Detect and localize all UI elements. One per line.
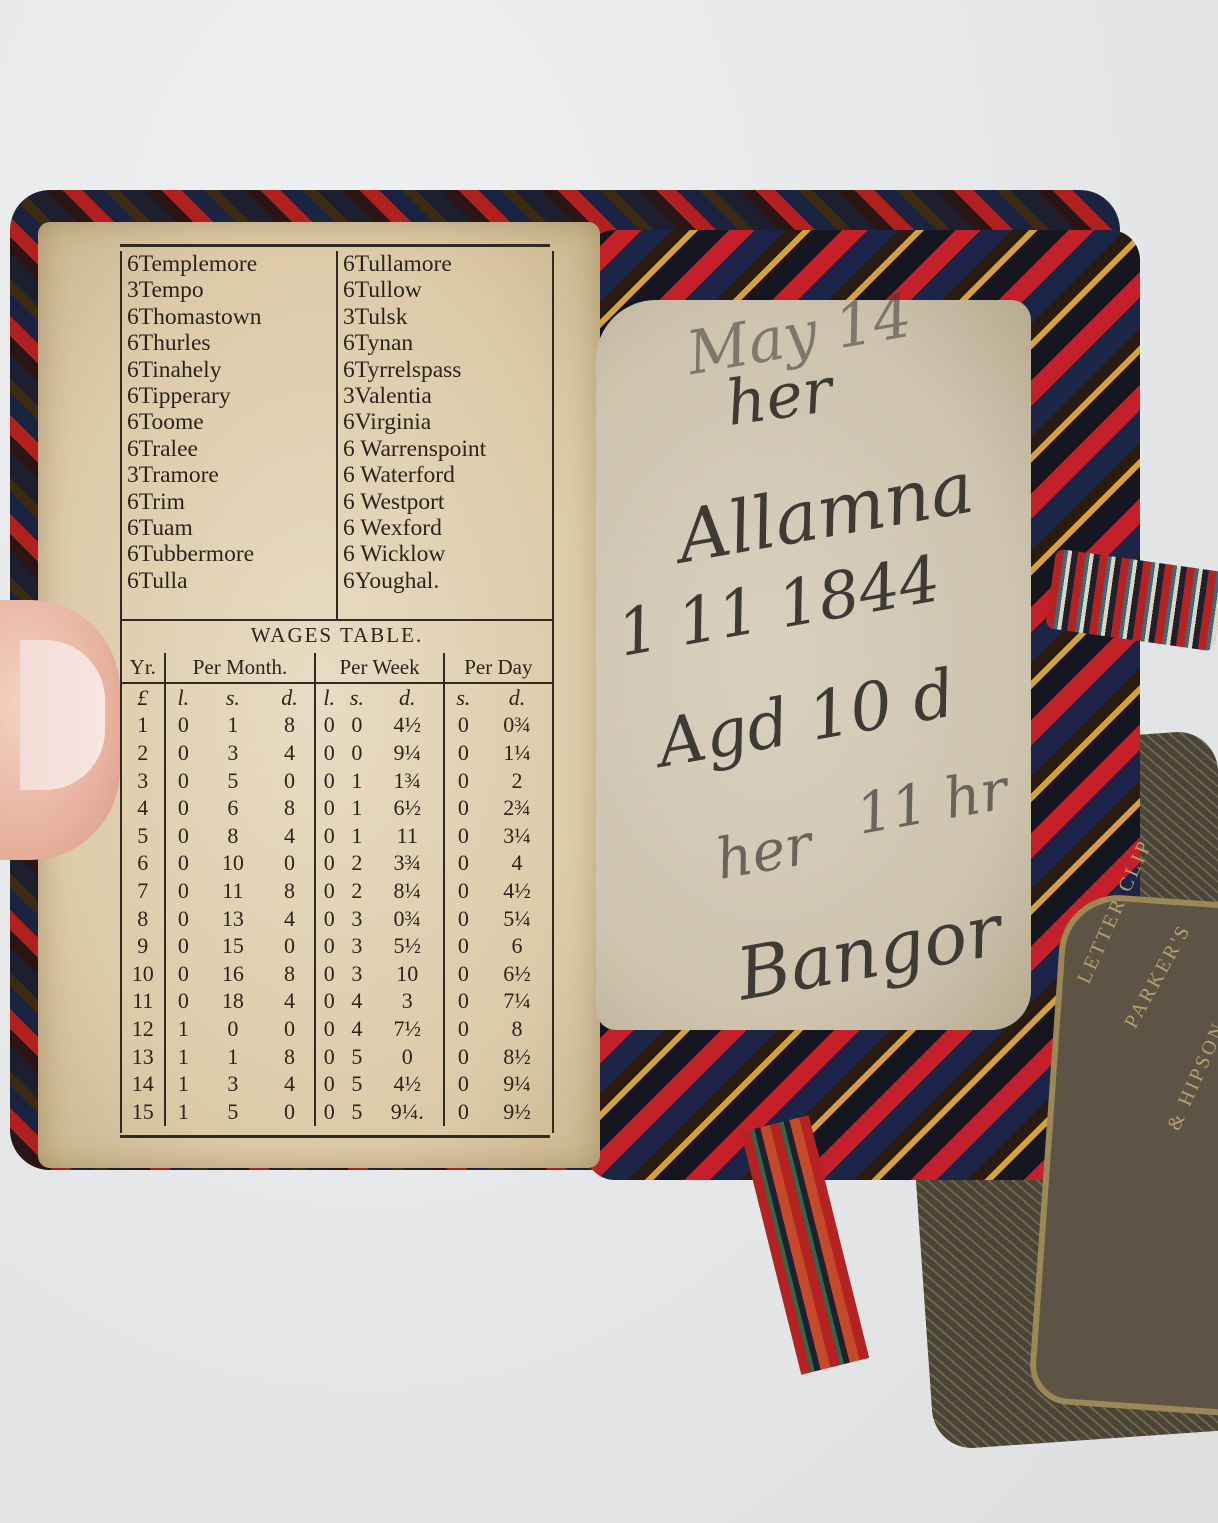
unit-pound: £ bbox=[122, 683, 165, 712]
wages-cell: 1 bbox=[165, 1070, 202, 1098]
unit-d: d. bbox=[482, 683, 552, 712]
wages-cell: 11 bbox=[201, 877, 265, 905]
town-entry: 6Virginia bbox=[343, 409, 552, 435]
wages-cell: 0 bbox=[444, 988, 482, 1016]
wages-cell: 1 bbox=[342, 794, 372, 822]
wages-cell: 8¼ bbox=[372, 877, 444, 905]
wages-cell: 0 bbox=[444, 767, 482, 795]
wages-cell: 3 bbox=[201, 739, 265, 767]
town-entry: 6 Wexford bbox=[343, 515, 552, 541]
town-entry: 6Toome bbox=[127, 409, 336, 435]
wages-cell: 0 bbox=[315, 988, 342, 1016]
wages-cell: 0 bbox=[315, 767, 342, 795]
wages-cell: 0 bbox=[444, 794, 482, 822]
wages-cell: 1 bbox=[201, 712, 265, 740]
wages-cell: 0 bbox=[444, 960, 482, 988]
unit-s: s. bbox=[342, 683, 372, 712]
wages-row: 3050011¾02 bbox=[122, 767, 552, 795]
wages-cell: 8 bbox=[122, 905, 165, 933]
wages-cell: 8 bbox=[482, 1015, 552, 1043]
wages-cell: 7 bbox=[122, 877, 165, 905]
wages-cell: 1 bbox=[122, 712, 165, 740]
wages-cell: 10 bbox=[122, 960, 165, 988]
town-entry: 6Tuam bbox=[127, 515, 336, 541]
unit-l: l. bbox=[165, 683, 202, 712]
wages-cell: 8 bbox=[201, 822, 265, 850]
town-entry: 3Valentia bbox=[343, 383, 552, 409]
wages-row: 4068016½02¾ bbox=[122, 794, 552, 822]
wages-cell: 10 bbox=[201, 850, 265, 878]
town-entry: 6Thomastown bbox=[127, 304, 336, 330]
wages-cell: 0 bbox=[444, 1070, 482, 1098]
wages-cell: 0 bbox=[372, 1043, 444, 1071]
wages-cell: 0 bbox=[165, 877, 202, 905]
wages-cell: 5¼ bbox=[482, 905, 552, 933]
wages-cell: 4½ bbox=[482, 877, 552, 905]
town-entry: 3Tempo bbox=[127, 277, 336, 303]
header-per-month: Per Month. bbox=[165, 653, 316, 683]
wages-cell: 0 bbox=[265, 932, 316, 960]
wages-cell: 0 bbox=[444, 1015, 482, 1043]
town-entry: 6Tullow bbox=[343, 277, 552, 303]
wages-row: 14134054½09¼ bbox=[122, 1070, 552, 1098]
town-entry: 6Tralee bbox=[127, 436, 336, 462]
wages-cell: 0 bbox=[315, 1015, 342, 1043]
wages-cell: 9¼. bbox=[372, 1098, 444, 1126]
town-entry: 6Trim bbox=[127, 489, 336, 515]
town-entry: 6 Waterford bbox=[343, 462, 552, 488]
wages-cell: 8 bbox=[265, 794, 316, 822]
wages-cell: 0 bbox=[315, 877, 342, 905]
town-entry: 6Templemore bbox=[127, 251, 336, 277]
wages-cell: 14 bbox=[122, 1070, 165, 1098]
town-entry: 6 Westport bbox=[343, 489, 552, 515]
wages-cell: 8 bbox=[265, 712, 316, 740]
wages-cell: 5 bbox=[342, 1043, 372, 1071]
wages-cell: 4½ bbox=[372, 1070, 444, 1098]
wages-cell: 8 bbox=[265, 960, 316, 988]
wages-cell: 0 bbox=[165, 739, 202, 767]
wages-cell: 0 bbox=[165, 822, 202, 850]
wages-cell: 0 bbox=[165, 850, 202, 878]
clip-inscription: PARKER'S bbox=[1120, 920, 1196, 1032]
wages-cell: 0 bbox=[315, 1070, 342, 1098]
wages-cell: 2 bbox=[342, 877, 372, 905]
wages-cell: 0 bbox=[315, 932, 342, 960]
town-entry: 6Tipperary bbox=[127, 383, 336, 409]
header-per-day: Per Day bbox=[444, 653, 552, 683]
unit-d: d. bbox=[265, 683, 316, 712]
page-table-frame: 6Templemore 3Tempo 6Thomastown 6Thurles … bbox=[120, 244, 550, 1138]
town-entry: 3Tramore bbox=[127, 462, 336, 488]
wages-row: 15150059¼.09½ bbox=[122, 1098, 552, 1126]
wages-cell: 15 bbox=[122, 1098, 165, 1126]
unit-d: d. bbox=[372, 683, 444, 712]
town-entry: 6Youghal. bbox=[343, 568, 552, 594]
wages-cell: 6½ bbox=[372, 794, 444, 822]
wages-table: Yr. Per Month. Per Week Per Day £ l. s. … bbox=[120, 653, 554, 1133]
handwritten-line: Agd 10 d bbox=[652, 655, 961, 783]
unit-l: l. bbox=[315, 683, 342, 712]
wages-cell: 0 bbox=[265, 1098, 316, 1126]
wages-cell: 9 bbox=[122, 932, 165, 960]
wages-cell: 3 bbox=[342, 960, 372, 988]
town-entry: 6Tubbermore bbox=[127, 541, 336, 567]
handwritten-page: May 14 her Allamna 1 11 1844 Agd 10 d 11… bbox=[596, 300, 1031, 1030]
wages-cell: 6 bbox=[122, 850, 165, 878]
wages-row: 100168031006½ bbox=[122, 960, 552, 988]
wages-cell: 6 bbox=[201, 794, 265, 822]
wages-cell: 0 bbox=[165, 767, 202, 795]
wages-cell: 13 bbox=[122, 1043, 165, 1071]
wages-cell: 0 bbox=[165, 712, 202, 740]
town-list-right-column: 6Tullamore 6Tullow 3Tulsk 6Tynan 6Tyrrel… bbox=[336, 251, 552, 619]
wages-cell: 9¼ bbox=[372, 739, 444, 767]
wages-row: 80134030¾05¼ bbox=[122, 905, 552, 933]
wages-cell: 0¾ bbox=[372, 905, 444, 933]
wages-cell: 2 bbox=[342, 850, 372, 878]
wages-table-title: WAGES TABLE. bbox=[120, 619, 554, 655]
wages-cell: 5½ bbox=[372, 932, 444, 960]
wages-cell: 11 bbox=[122, 988, 165, 1016]
town-entry: 6Tinahely bbox=[127, 357, 336, 383]
wages-cell: 1 bbox=[165, 1015, 202, 1043]
town-entry: 3Tulsk bbox=[343, 304, 552, 330]
wages-cell: 3 bbox=[342, 932, 372, 960]
wages-cell: 0 bbox=[315, 960, 342, 988]
wages-cell: 5 bbox=[201, 767, 265, 795]
wages-cell: 0 bbox=[444, 739, 482, 767]
header-per-week: Per Week bbox=[315, 653, 443, 683]
town-list-left-column: 6Templemore 3Tempo 6Thomastown 6Thurles … bbox=[122, 251, 336, 619]
wages-cell: 0 bbox=[444, 1043, 482, 1071]
wages-cell: 4 bbox=[265, 905, 316, 933]
wages-cell: 13 bbox=[201, 905, 265, 933]
wages-cell: 1¾ bbox=[372, 767, 444, 795]
wages-cell: 0 bbox=[315, 905, 342, 933]
wages-cell: 0 bbox=[444, 1098, 482, 1126]
wages-cell: 2 bbox=[122, 739, 165, 767]
wages-cell: 4 bbox=[342, 988, 372, 1016]
wages-cell: 0 bbox=[265, 1015, 316, 1043]
wages-cell: 4 bbox=[482, 850, 552, 878]
wages-cell: 15 bbox=[201, 932, 265, 960]
handwritten-line: her bbox=[721, 353, 836, 440]
wages-cell: 0 bbox=[165, 905, 202, 933]
wages-cell: 4 bbox=[122, 794, 165, 822]
wages-unit-row: £ l. s. d. l. s. d. s. d. bbox=[122, 683, 552, 712]
wages-cell: 0¾ bbox=[482, 712, 552, 740]
wages-cell: 4 bbox=[265, 822, 316, 850]
wages-cell: 2 bbox=[482, 767, 552, 795]
wages-cell: 7¼ bbox=[482, 988, 552, 1016]
wages-cell: 3¼ bbox=[482, 822, 552, 850]
unit-s: s. bbox=[201, 683, 265, 712]
wages-row: 2034009¼01¼ bbox=[122, 739, 552, 767]
wages-cell: 0 bbox=[342, 739, 372, 767]
wages-cell: 0 bbox=[315, 739, 342, 767]
wages-cell: 4 bbox=[265, 988, 316, 1016]
header-year: Yr. bbox=[122, 653, 165, 683]
wages-cell: 3¾ bbox=[372, 850, 444, 878]
wages-cell: 3 bbox=[201, 1070, 265, 1098]
wages-row: 1018004½00¾ bbox=[122, 712, 552, 740]
wages-cell: 1 bbox=[342, 822, 372, 850]
printed-page: 6Templemore 3Tempo 6Thomastown 6Thurles … bbox=[38, 222, 600, 1168]
town-list: 6Templemore 3Tempo 6Thomastown 6Thurles … bbox=[120, 251, 554, 619]
wages-cell: 0 bbox=[444, 850, 482, 878]
wages-cell: 0 bbox=[444, 905, 482, 933]
wages-row: 11018404307¼ bbox=[122, 988, 552, 1016]
wages-cell: 0 bbox=[201, 1015, 265, 1043]
wages-cell: 4 bbox=[265, 1070, 316, 1098]
wages-row: 1311805008½ bbox=[122, 1043, 552, 1071]
wages-row: 5084011103¼ bbox=[122, 822, 552, 850]
unit-s: s. bbox=[444, 683, 482, 712]
wages-cell: 18 bbox=[201, 988, 265, 1016]
wages-cell: 8 bbox=[265, 877, 316, 905]
wages-cell: 1 bbox=[165, 1043, 202, 1071]
wages-cell: 9¼ bbox=[482, 1070, 552, 1098]
wages-cell: 2¾ bbox=[482, 794, 552, 822]
wages-cell: 0 bbox=[265, 767, 316, 795]
wages-cell: 0 bbox=[342, 712, 372, 740]
handwritten-line: 11 hr bbox=[852, 757, 1013, 847]
wages-cell: 0 bbox=[444, 877, 482, 905]
wages-cell: 4½ bbox=[372, 712, 444, 740]
wages-cell: 1 bbox=[342, 767, 372, 795]
wages-cell: 6 bbox=[482, 932, 552, 960]
clip-inscription: & HIPSON bbox=[1163, 1018, 1218, 1134]
handwritten-line: Bangor bbox=[731, 888, 1008, 1017]
wages-cell: 3 bbox=[372, 988, 444, 1016]
wages-cell: 0 bbox=[165, 794, 202, 822]
town-entry: 6Tyrrelspass bbox=[343, 357, 552, 383]
wages-cell: 0 bbox=[444, 822, 482, 850]
wages-cell: 0 bbox=[315, 822, 342, 850]
town-entry: 6 Wicklow bbox=[343, 541, 552, 567]
wages-cell: 11 bbox=[372, 822, 444, 850]
wages-cell: 0 bbox=[315, 1043, 342, 1071]
handwritten-line: her bbox=[711, 812, 817, 893]
wages-cell: 0 bbox=[444, 932, 482, 960]
wages-cell: 0 bbox=[444, 712, 482, 740]
wages-cell: 5 bbox=[342, 1098, 372, 1126]
wages-row: 12100047½08 bbox=[122, 1015, 552, 1043]
wages-cell: 5 bbox=[342, 1070, 372, 1098]
wages-cell: 0 bbox=[165, 988, 202, 1016]
wages-cell: 0 bbox=[315, 712, 342, 740]
wages-cell: 1¼ bbox=[482, 739, 552, 767]
town-entry: 6 Warrenspoint bbox=[343, 436, 552, 462]
wages-cell: 0 bbox=[165, 932, 202, 960]
town-entry: 6Tynan bbox=[343, 330, 552, 356]
wages-cell: 0 bbox=[265, 850, 316, 878]
wages-cell: 8 bbox=[265, 1043, 316, 1071]
wages-cell: 4 bbox=[342, 1015, 372, 1043]
wages-cell: 0 bbox=[315, 794, 342, 822]
wages-cell: 3 bbox=[122, 767, 165, 795]
wages-cell: 16 bbox=[201, 960, 265, 988]
wages-row: 70118028¼04½ bbox=[122, 877, 552, 905]
town-entry: 6Tullamore bbox=[343, 251, 552, 277]
wages-cell: 8½ bbox=[482, 1043, 552, 1071]
town-entry: 6Tulla bbox=[127, 568, 336, 594]
wages-cell: 10 bbox=[372, 960, 444, 988]
wages-cell: 4 bbox=[265, 739, 316, 767]
town-entry: 6Thurles bbox=[127, 330, 336, 356]
wages-row: 60100023¾04 bbox=[122, 850, 552, 878]
wages-cell: 6½ bbox=[482, 960, 552, 988]
wages-cell: 0 bbox=[315, 850, 342, 878]
wages-cell: 0 bbox=[165, 960, 202, 988]
wages-cell: 9½ bbox=[482, 1098, 552, 1126]
wages-cell: 7½ bbox=[372, 1015, 444, 1043]
wages-cell: 12 bbox=[122, 1015, 165, 1043]
wages-cell: 1 bbox=[165, 1098, 202, 1126]
wages-row: 90150035½06 bbox=[122, 932, 552, 960]
wages-cell: 1 bbox=[201, 1043, 265, 1071]
wages-header-row: Yr. Per Month. Per Week Per Day bbox=[122, 653, 552, 683]
wages-cell: 0 bbox=[315, 1098, 342, 1126]
wages-cell: 3 bbox=[342, 905, 372, 933]
wages-cell: 5 bbox=[201, 1098, 265, 1126]
wages-cell: 5 bbox=[122, 822, 165, 850]
